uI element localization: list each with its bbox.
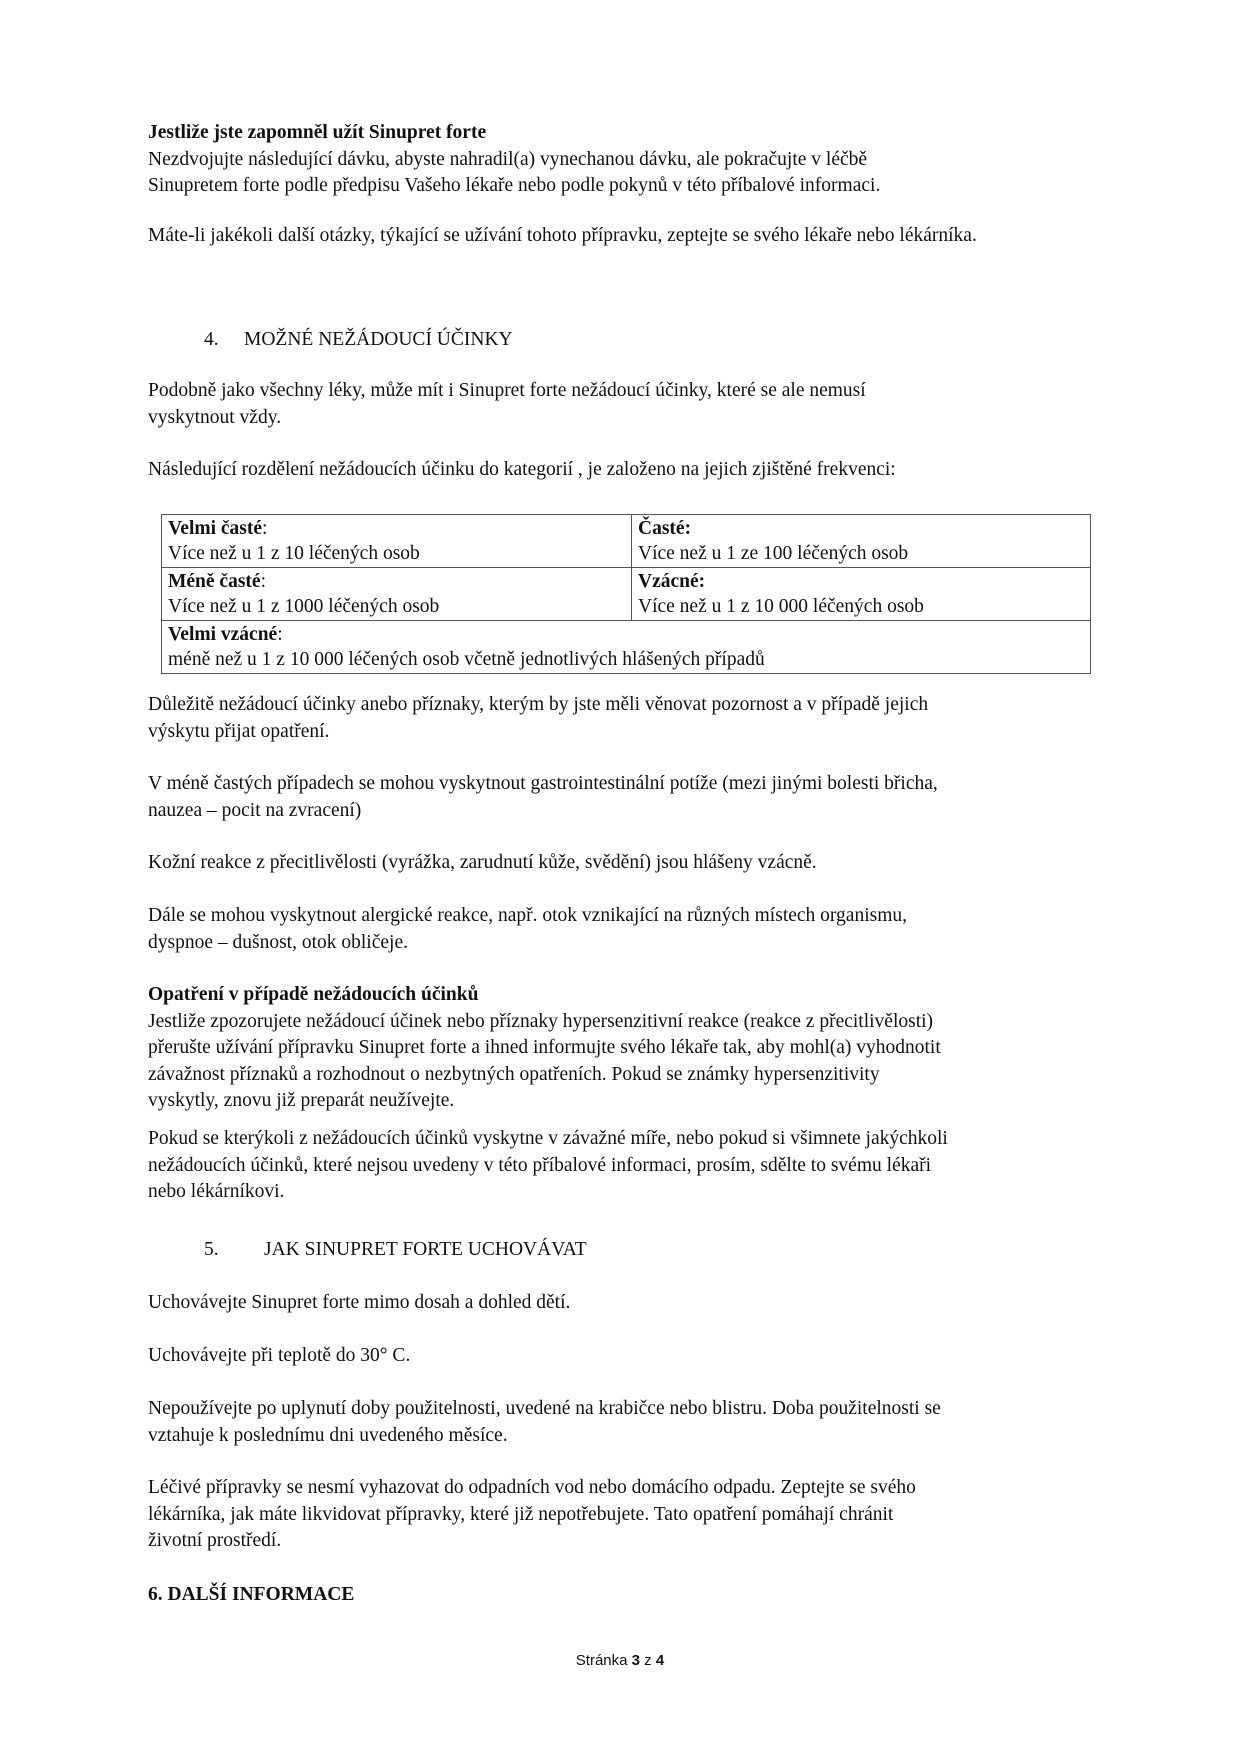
- category-label: Velmi časté: [168, 518, 262, 539]
- paragraph-line: Jestliže zpozorujete nežádoucí účinek ne…: [148, 1009, 1100, 1036]
- paragraph-line: nežádoucích účinků, které nejsou uvedeny…: [148, 1153, 1100, 1180]
- paragraph-line: vztahuje k poslednímu dni uvedeného měsí…: [148, 1423, 1100, 1450]
- gi-paragraph: V méně častých případech se mohou vyskyt…: [148, 771, 1100, 824]
- page-footer: Stránka 3 z 4: [0, 1652, 1240, 1669]
- table-row: Méně časté: Více než u 1 z 1000 léčených…: [162, 568, 1091, 621]
- temperature-text: Uchovávejte při teplotě do 30° C.: [148, 1343, 1100, 1370]
- category-label: Méně časté: [168, 571, 261, 592]
- paragraph-line: Nepoužívejte po uplynutí doby použitelno…: [148, 1396, 1100, 1423]
- paragraph-line: lékárníka, jak máte likvidovat přípravky…: [148, 1502, 1100, 1529]
- paragraph-line: Pokud se kterýkoli z nežádoucích účinků …: [148, 1126, 1100, 1153]
- frequency-intro: Následující rozdělení nežádoucích účinku…: [148, 457, 1100, 484]
- forgot-dose-heading: Jestliže jste zapomněl užít Sinupret for…: [148, 120, 1100, 147]
- table-cell: Velmi vzácné: méně než u 1 z 10 000 léče…: [162, 621, 1091, 674]
- section-number: 4.: [204, 327, 219, 354]
- important-paragraph: Důležitě nežádoucí účinky anebo příznaky…: [148, 692, 1100, 745]
- forgot-dose-section: Jestliže jste zapomněl užít Sinupret for…: [148, 120, 1100, 200]
- section-title: 6. DALŠÍ INFORMACE: [148, 1582, 1100, 1609]
- paragraph-line: vyskytly, znovu již preparát neužívejte.: [148, 1088, 1100, 1115]
- paragraph-line: přerušte užívání přípravku Sinupret fort…: [148, 1035, 1100, 1062]
- paragraph-line: výskytu přijat opatření.: [148, 719, 1100, 746]
- measures-heading: Opatření v případě nežádoucích účinků: [148, 982, 1100, 1009]
- table-cell: Časté: Více než u 1 ze 100 léčených osob: [632, 515, 1091, 568]
- questions-text: Máte-li jakékoli další otázky, týkající …: [148, 223, 1100, 250]
- category-text: Více než u 1 ze 100 léčených osob: [638, 543, 908, 564]
- section-number: 5.: [204, 1237, 219, 1264]
- page-separator: z: [640, 1652, 656, 1669]
- temperature-paragraph: Uchovávejte při teplotě do 30° C.: [148, 1343, 1100, 1370]
- paragraph-line: Nezdvojujte následující dávku, abyste na…: [148, 147, 1100, 174]
- paragraph-line: Sinupretem forte podle předpisu Vašeho l…: [148, 173, 1100, 200]
- frequency-intro-text: Následující rozdělení nežádoucích účinku…: [148, 457, 1100, 484]
- table-row: Velmi vzácné: méně než u 1 z 10 000 léče…: [162, 621, 1091, 674]
- paragraph-line: Podobně jako všechny léky, může mít i Si…: [148, 378, 1100, 405]
- measures-section: Opatření v případě nežádoucích účinků Je…: [148, 982, 1100, 1115]
- category-text: Více než u 1 z 10 léčených osob: [168, 543, 420, 564]
- children-text: Uchovávejte Sinupret forte mimo dosah a …: [148, 1290, 1100, 1317]
- paragraph-line: závažnost příznaků a rozhodnout o nezbyt…: [148, 1062, 1100, 1089]
- total-pages-number: 4: [656, 1652, 664, 1669]
- paragraph-line: nauzea – pocit na zvracení): [148, 798, 1100, 825]
- section-6-heading: 6. DALŠÍ INFORMACE: [148, 1582, 1100, 1609]
- table-cell: Vzácné: Více než u 1 z 10 000 léčených o…: [632, 568, 1091, 621]
- intro-paragraph: Podobně jako všechny léky, může mít i Si…: [148, 378, 1100, 431]
- paragraph-line: dyspnoe – dušnost, otok obličeje.: [148, 930, 1100, 957]
- paragraph-line: životní prostředí.: [148, 1528, 1100, 1555]
- table-row: Velmi časté: Více než u 1 z 10 léčených …: [162, 515, 1091, 568]
- paragraph-line: Důležitě nežádoucí účinky anebo příznaky…: [148, 692, 1100, 719]
- table-cell: Velmi časté: Více než u 1 z 10 léčených …: [162, 515, 632, 568]
- page-label: Stránka: [576, 1652, 632, 1669]
- allergy-paragraph: Dále se mohou vyskytnout alergické reakc…: [148, 903, 1100, 956]
- skin-text: Kožní reakce z přecitlivělosti (vyrážka,…: [148, 850, 1100, 877]
- label-suffix: :: [262, 518, 267, 539]
- paragraph-line: Léčivé přípravky se nesmí vyhazovat do o…: [148, 1475, 1100, 1502]
- questions-paragraph: Máte-li jakékoli další otázky, týkající …: [148, 223, 1100, 250]
- label-suffix: :: [261, 571, 266, 592]
- paragraph-line: V méně častých případech se mohou vyskyt…: [148, 771, 1100, 798]
- section-title: MOŽNÉ NEŽÁDOUCÍ ÚČINKY: [244, 327, 513, 354]
- paragraph-line: vyskytnout vždy.: [148, 405, 1100, 432]
- category-text: Více než u 1 z 1000 léčených osob: [168, 596, 439, 617]
- current-page-number: 3: [632, 1652, 640, 1669]
- frequency-table: Velmi časté: Více než u 1 z 10 léčených …: [161, 514, 1091, 674]
- section-title: JAK SINUPRET FORTE UCHOVÁVAT: [264, 1237, 587, 1264]
- category-text: méně než u 1 z 10 000 léčených osob včet…: [168, 649, 765, 670]
- category-text: Více než u 1 z 10 000 léčených osob: [638, 596, 924, 617]
- table-cell: Méně časté: Více než u 1 z 1000 léčených…: [162, 568, 632, 621]
- paragraph-line: Dále se mohou vyskytnout alergické reakc…: [148, 903, 1100, 930]
- label-suffix: :: [277, 624, 282, 645]
- serious-paragraph: Pokud se kterýkoli z nežádoucích účinků …: [148, 1126, 1100, 1206]
- skin-paragraph: Kožní reakce z přecitlivělosti (vyrážka,…: [148, 850, 1100, 877]
- category-label: Velmi vzácné: [168, 624, 277, 645]
- paragraph-line: nebo lékárníkovi.: [148, 1179, 1100, 1206]
- expiry-paragraph: Nepoužívejte po uplynutí doby použitelno…: [148, 1396, 1100, 1449]
- children-paragraph: Uchovávejte Sinupret forte mimo dosah a …: [148, 1290, 1100, 1317]
- disposal-paragraph: Léčivé přípravky se nesmí vyhazovat do o…: [148, 1475, 1100, 1555]
- category-label: Časté:: [638, 518, 691, 539]
- category-label: Vzácné:: [638, 571, 705, 592]
